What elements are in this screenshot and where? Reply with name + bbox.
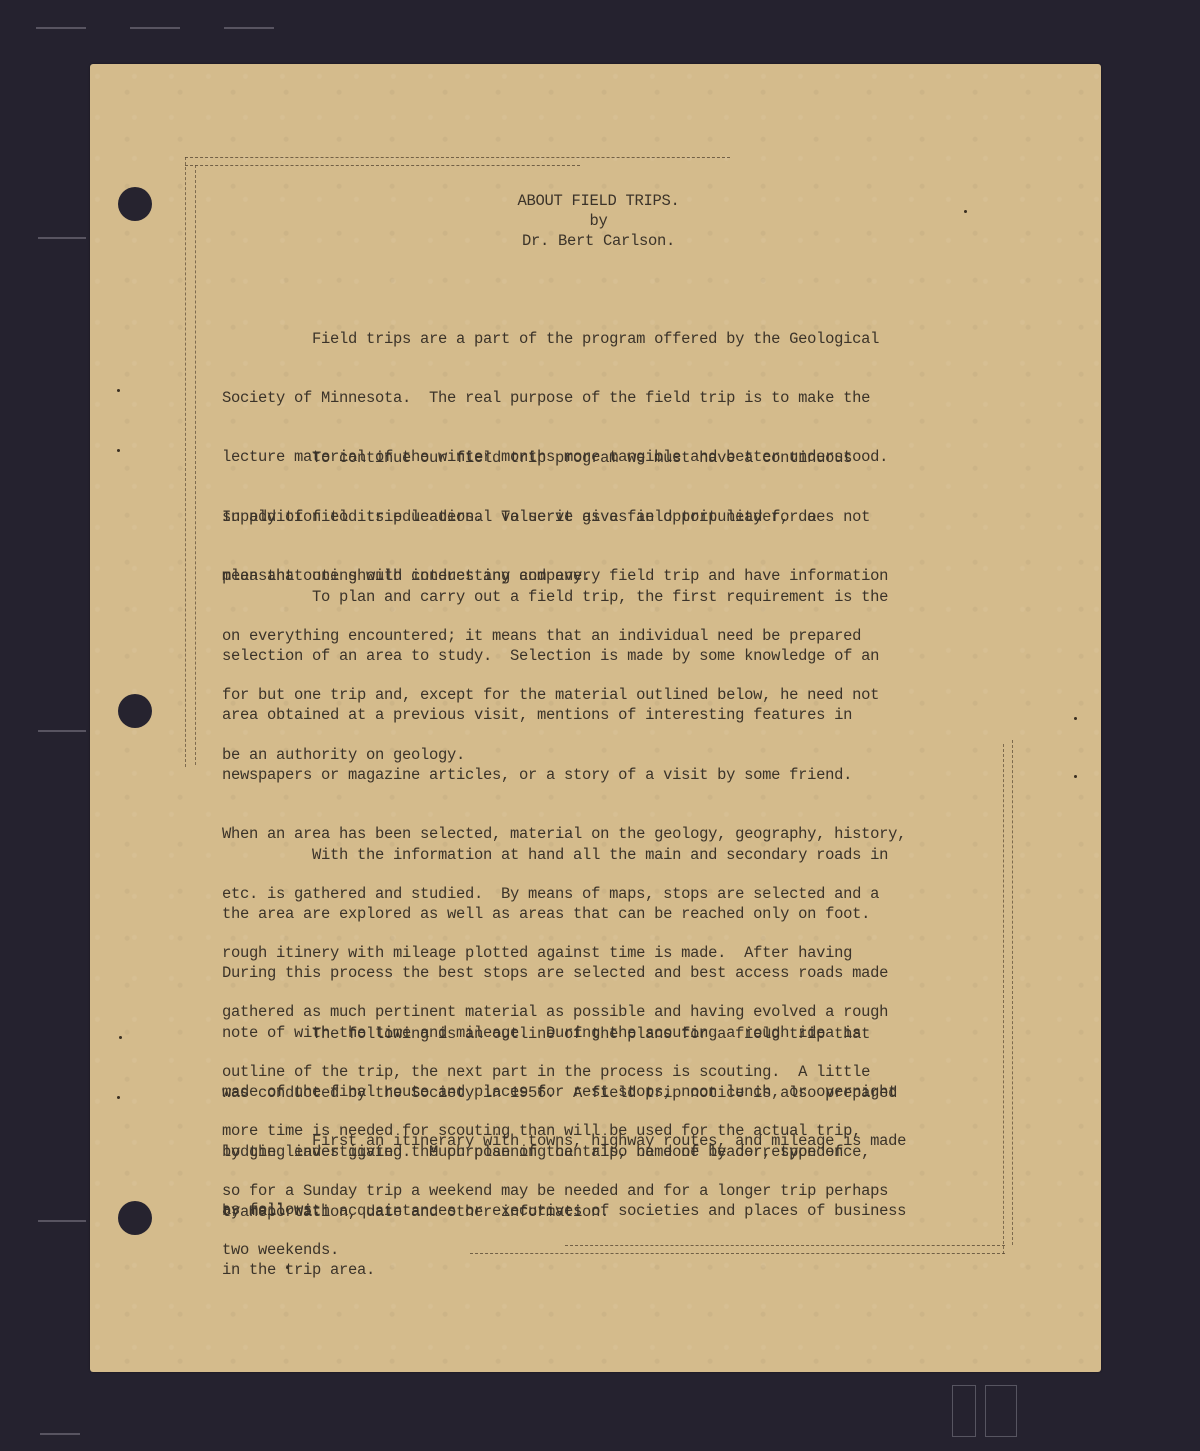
text-line: First an itinerary with towns, highway r… [222, 1130, 982, 1153]
paper-speck [117, 449, 120, 452]
paper-speck [117, 389, 120, 392]
punch-hole [118, 1201, 152, 1235]
paper-speck [1074, 717, 1077, 720]
text-line: the area are explored as well as areas t… [222, 905, 982, 925]
border-line [1003, 744, 1004, 1254]
text-line: as follows: [222, 1199, 982, 1222]
text-line: selection of an area to study. Selection… [222, 647, 982, 667]
text-line: To continue our field trip program we mu… [222, 449, 982, 469]
border-line [195, 165, 196, 765]
punch-hole [118, 694, 152, 728]
document-author: Dr. Bert Carlson. [96, 231, 1101, 251]
border-line [185, 165, 580, 166]
archive-stamp [985, 1385, 1017, 1437]
text-line: newspapers or magazine articles, or a st… [222, 766, 982, 786]
paper-speck [117, 1096, 120, 1099]
text-line: supply of field trip leaders. To serve a… [222, 508, 982, 528]
document-byline: by [96, 211, 1101, 231]
paragraph-6: First an itinerary with towns, highway r… [222, 1084, 982, 1268]
document-title: ABOUT FIELD TRIPS. [96, 191, 1101, 211]
paper-speck [119, 1036, 122, 1039]
document-page: ABOUT FIELD TRIPS. by Dr. Bert Carlson. … [90, 64, 1101, 1372]
scan-mark [224, 27, 274, 29]
text-line: Society of Minnesota. The real purpose o… [222, 389, 982, 409]
text-line: area obtained at a previous visit, menti… [222, 706, 982, 726]
text-line: The following is an outline of the plans… [222, 1025, 982, 1045]
border-line [185, 157, 730, 158]
text-line: To plan and carry out a field trip, the … [222, 588, 982, 608]
scan-mark [38, 237, 86, 239]
border-line [1012, 740, 1013, 1245]
text-line: Field trips are a part of the program of… [222, 330, 982, 350]
scan-mark [130, 27, 180, 29]
scan-mark [36, 27, 86, 29]
text-line: During this process the best stops are s… [222, 964, 982, 984]
scan-mark [38, 730, 86, 732]
archive-stamp [952, 1385, 976, 1437]
scan-mark [38, 1220, 86, 1222]
document-heading: ABOUT FIELD TRIPS. by Dr. Bert Carlson. [90, 191, 1101, 251]
paper-speck [1074, 775, 1077, 778]
scan-mark [40, 1433, 80, 1435]
text-line: With the information at hand all the mai… [222, 846, 982, 866]
